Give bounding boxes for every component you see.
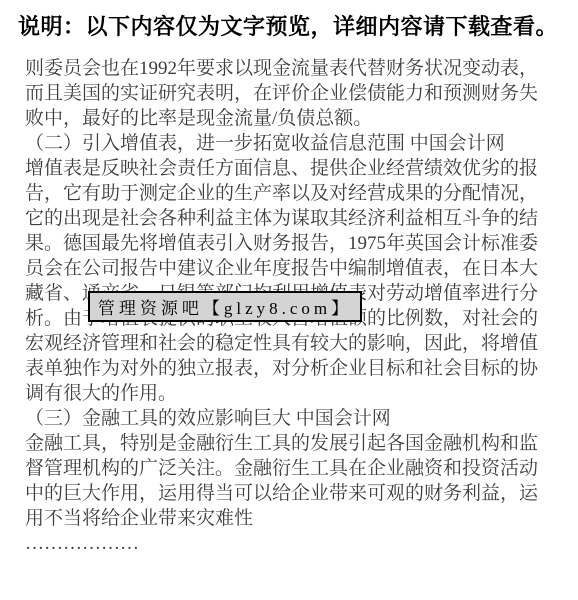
text-line: 败中，最好的比率是现金流量/负债总额。 bbox=[25, 106, 553, 131]
text-line: 调有很大的作用。 bbox=[25, 381, 553, 406]
text-line: 它的出现是社会各种利益主体为谋取其经济利益相互斗争的结 bbox=[25, 206, 553, 231]
text-line: 宏观经济管理和社会的稳定性具有较大的影响，因此，将增值 bbox=[25, 331, 553, 356]
text-line: 果。德国最先将增值表引入财务报告，1975年英国会计标准委 bbox=[25, 231, 553, 256]
text-line: 中的巨大作用，运用得当可以给企业带来可观的财务利益，运 bbox=[25, 481, 553, 506]
watermark-badge: 管理资源吧【glzy8.com】 bbox=[88, 291, 362, 322]
text-line: 则委员会也在1992年要求以现金流量表代替财务状况变动表， bbox=[25, 56, 553, 81]
watermark-text: 管理资源吧【glzy8.com】 bbox=[98, 294, 352, 319]
text-line: 员会在公司报告中建议企业年度报告中编制增值表，在日本大 bbox=[25, 256, 553, 281]
text-line: （三）金融工具的效应影响巨大 中国会计网 bbox=[25, 406, 553, 431]
text-line: 金融工具，特别是金融衍生工具的发展引起各国金融机构和监 bbox=[25, 431, 553, 456]
text-line: ……………… bbox=[25, 531, 553, 556]
text-line: 增值表是反映社会责任方面信息、提供企业经营绩效优劣的报 bbox=[25, 156, 553, 181]
text-line: 督管理机构的广泛关注。金融衍生工具在企业融资和投资活动 bbox=[25, 456, 553, 481]
preview-page: { "header": { "notice": "说明：以下内容仅为文字预览，详… bbox=[0, 0, 578, 600]
text-line: 表单独作为对外的独立报表，对分析企业目标和社会目标的协 bbox=[25, 356, 553, 381]
preview-notice: 说明：以下内容仅为文字预览，详细内容请下载查看。 bbox=[18, 14, 566, 40]
text-line: 告，它有助于测定企业的生产率以及对经营成果的分配情况， bbox=[25, 181, 553, 206]
text-line: （二）引入增值表，进一步拓宽收益信息范围 中国会计网 bbox=[25, 131, 553, 156]
text-line: 而且美国的实证研究表明，在评价企业偿债能力和预测财务失 bbox=[25, 81, 553, 106]
text-line: 用不当将给企业带来灾难性 bbox=[25, 506, 553, 531]
